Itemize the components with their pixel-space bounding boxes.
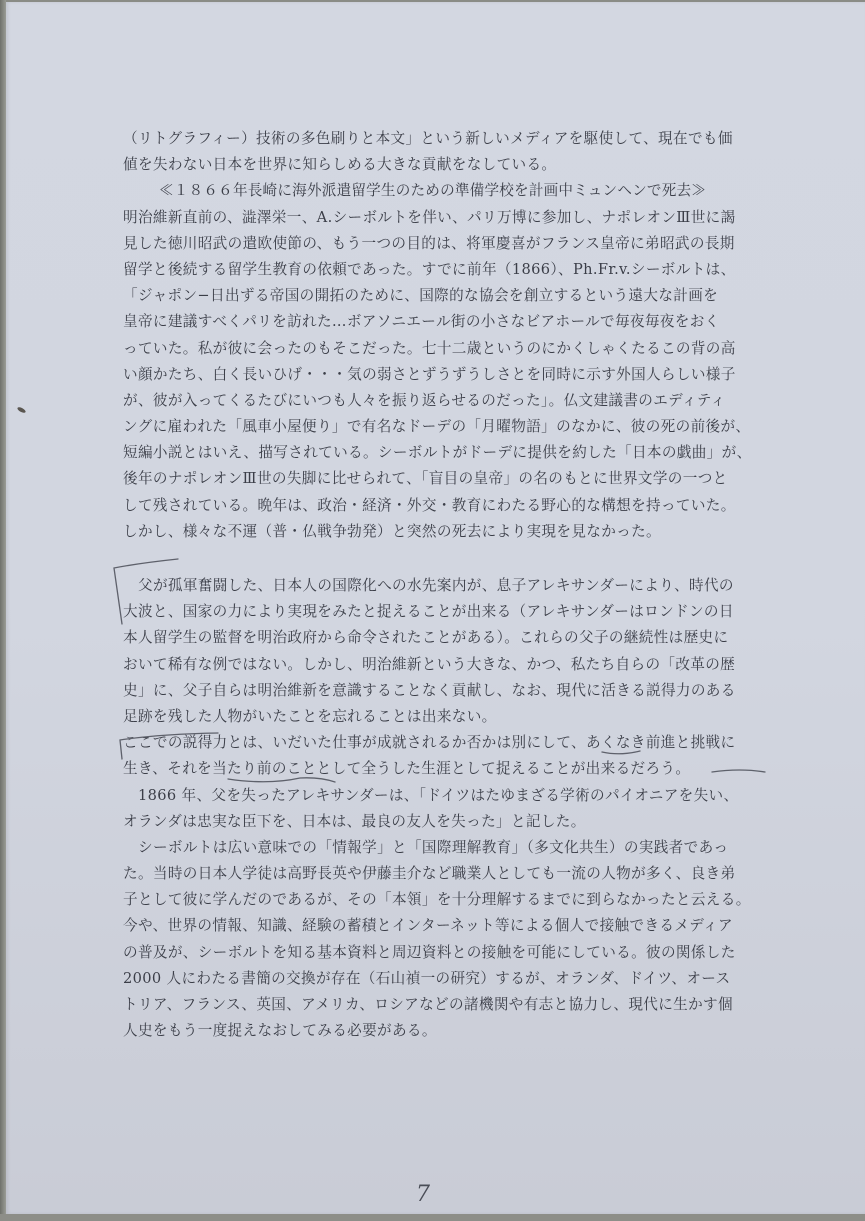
paragraph-continuation: （リトグラフィー）技術の多色刷りと本文」という新しいメディアを駆使して、現在でも… (123, 126, 753, 178)
text-line: ングに雇われた「風車小屋便り」で有名なドーデの「月曜物語」のなかに、彼の死の前後… (123, 414, 753, 440)
paragraph-paris-expo: 明治維新直前の、澁澤栄一、A.シーボルトを伴い、パリ万博に参加し、ナポレオンⅢ世… (123, 205, 753, 545)
paragraph-legacy: シーボルトは広い意味での「情報学」と「国際理解教育」（多文化共生）の実践者であっ… (123, 835, 753, 1045)
text-line: 皇帝に建議すべくパリを訪れた…ボアソニエール街の小さなビアホールで毎夜毎夜をおく (123, 309, 753, 335)
text-line: 短編小説とはいえ、描写されている。シーボルトがドーデに提供を約した「日本の戯曲」… (123, 440, 753, 466)
text-line: ここでの説得力とは、いだいた仕事が成就されるか否かは別にして、あくなき前進と挑戦… (123, 730, 753, 756)
text-line: 「ジャポン−日出ずる帝国の開拓のために、国際的な協会を創立するという遠大な計画を (123, 283, 753, 309)
text-line: 大波と、国家の力により実現をみたと捉えることが出来る（アレキサンダーはロンドンの… (123, 599, 753, 625)
text-line: 1866 年、父を失ったアレキサンダーは、「ドイツはたゆまざる学術のパイオニアを… (123, 783, 753, 809)
text-line: 本人留学生の監督を明治政府から命令されたことがある）。これらの父子の継続性は歴史… (123, 625, 753, 651)
section-heading: ≪１８６６年長崎に海外派遣留学生のための準備学校を計画中ミュンヘンで死去≫ (123, 178, 753, 204)
text-line: 人史をもう一度捉えなおしてみる必要がある。 (123, 1018, 753, 1044)
text-line: 子として彼に学んだのであるが、その「本領」を十分理解するまでに到らなかったと云え… (123, 887, 753, 913)
text-line: して残されている。晩年は、政治・経済・外交・教育にわたる野心的な構想を持っていた… (123, 493, 753, 519)
text-line: シーボルトは広い意味での「情報学」と「国際理解教育」（多文化共生）の実践者であっ (123, 835, 753, 861)
text-line: た。当時の日本人学徒は高野長英や伊藤圭介など職業人としても一流の人物が多く、良き… (123, 861, 753, 887)
text-line: の普及が、シーボルトを知る基本資料と周辺資料との接触を可能にしている。彼の関係し… (123, 940, 753, 966)
text-line: 留学と後続する留学生教育の依頼であった。すでに前年（1866）、Ph.Fr.v.… (123, 257, 753, 283)
text-line: 足跡を残した人物がいたことを忘れることは出来ない。 (123, 704, 753, 730)
heading-text: ≪１８６６年長崎に海外派遣留学生のための準備学校を計画中ミュンヘンで死去≫ (123, 178, 753, 204)
text-line: 今や、世界の情報、知識、経験の蓄積とインターネット等による個人で接触できるメディ… (123, 913, 753, 939)
text-line: 史」に、父子自らは明治維新を意識することなく貢献し、なお、現代に活きる説得力のあ… (123, 678, 753, 704)
text-line: 2000 人にわたる書簡の交換が存在（石山禎一の研究）するが、オランダ、ドイツ、… (123, 966, 753, 992)
text-line: トリア、フランス、英国、アメリカ、ロシアなどの諸機関や有志と協力し、現代に生かす… (123, 992, 753, 1018)
text-line: 値を失わない日本を世界に知らしめる大きな貢献をなしている。 (123, 152, 753, 178)
text-line: 明治維新直前の、澁澤栄一、A.シーボルトを伴い、パリ万博に参加し、ナポレオンⅢ世… (123, 205, 753, 231)
paragraph-gap (123, 545, 753, 559)
text-line: 見した徳川昭武の遣欧使節の、もう一つの目的は、将軍慶喜がフランス皇帝に弟昭武の長… (123, 231, 753, 257)
paragraph-father-son: 父が孤軍奮闘した、日本人の国際化への水先案内が、息子アレキサンダーにより、時代の… (123, 573, 753, 730)
text-line: （リトグラフィー）技術の多色刷りと本文」という新しいメディアを駆使して、現在でも… (123, 126, 753, 152)
text-line: おいて稀有な例ではない。しかし、明治維新という大きな、かつ、私たち自らの「改革の… (123, 652, 753, 678)
text-line: 父が孤軍奮闘した、日本人の国際化への水先案内が、息子アレキサンダーにより、時代の (123, 573, 753, 599)
text-line: っていた。私が彼に会ったのもそこだった。七十二歳というのにかくしゃくたるこの背の… (123, 336, 753, 362)
paragraph-persuasiveness: ここでの説得力とは、いだいた仕事が成就されるか否かは別にして、あくなき前進と挑戦… (123, 730, 753, 782)
text-line: 後年のナポレオンⅢ世の失脚に比せられて、「盲目の皇帝」の名のもとに世界文学の一つ… (123, 466, 753, 492)
text-line: しかし、様々な不運（普・仏戦争勃発）と突然の死去により実現を見なかった。 (123, 519, 753, 545)
text-line: が、彼が入ってくるたびにいつも人々を振り返らせるのだった」。仏文建議書のエディテ… (123, 388, 753, 414)
paragraph-alexander-quote: 1866 年、父を失ったアレキサンダーは、「ドイツはたゆまざる学術のパイオニアを… (123, 783, 753, 835)
page-number: 7 (416, 1182, 430, 1207)
text-line: い顔かたち、白く長いひげ・・・気の弱さとずうずうしさとを同時に示す外国人らしい様… (123, 362, 753, 388)
text-line: 生き、それを当たり前のこととして全うした生涯として捉えることが出来るだろう。 (123, 756, 753, 782)
text-line: オランダは忠実な臣下を、日本は、最良の友人を失った」と記した。 (123, 809, 753, 835)
scan-bottom-edge (0, 1214, 865, 1221)
body-text: （リトグラフィー）技術の多色刷りと本文」という新しいメディアを駆使して、現在でも… (123, 126, 753, 1044)
paragraph-gap (123, 559, 753, 573)
